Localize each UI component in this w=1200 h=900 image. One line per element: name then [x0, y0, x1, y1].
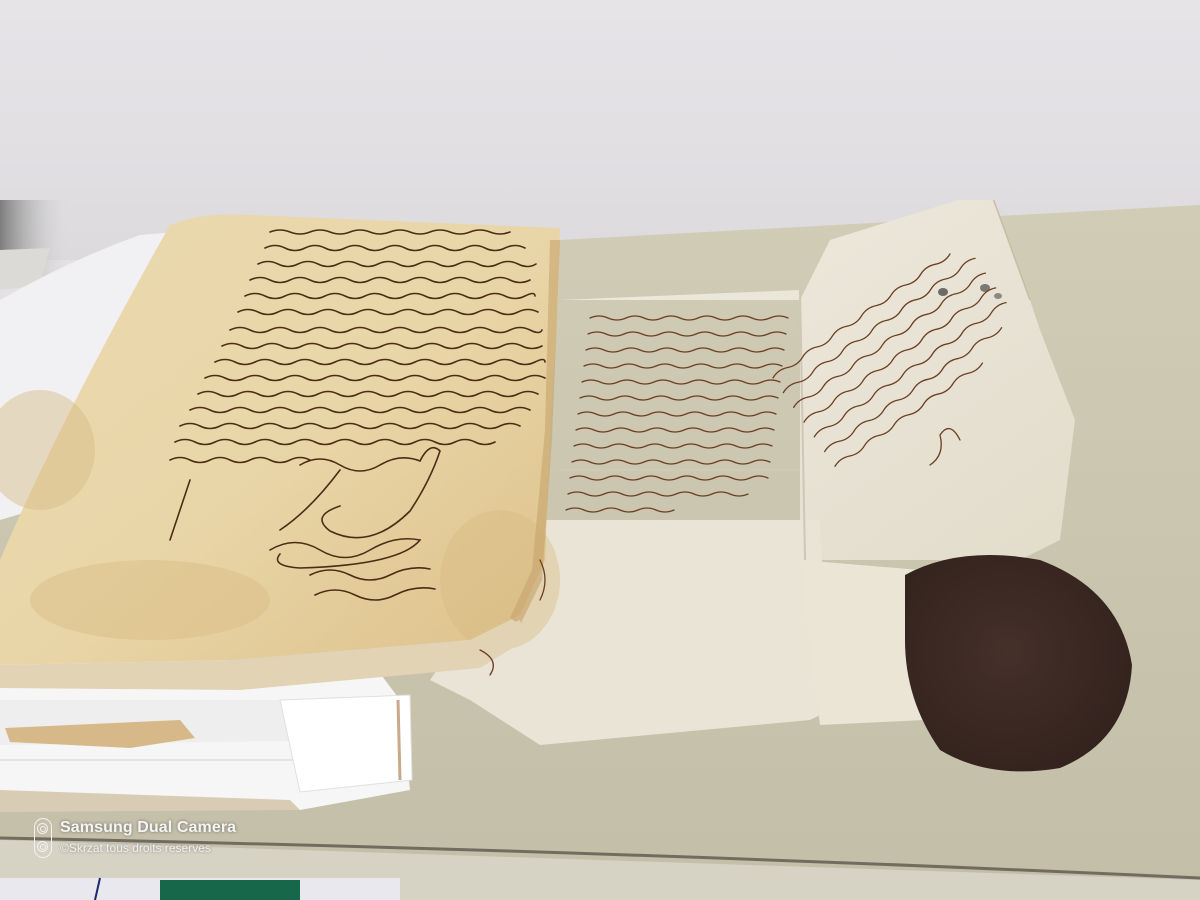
camera-label: Samsung Dual Camera — [60, 818, 236, 838]
camera-watermark: Samsung Dual Camera ©Skrzat tous droits … — [34, 818, 236, 858]
photo-scene — [0, 200, 1200, 900]
copyright-text: ©Skrzat tous droits reserves — [60, 840, 236, 856]
dual-camera-icon — [34, 818, 52, 858]
